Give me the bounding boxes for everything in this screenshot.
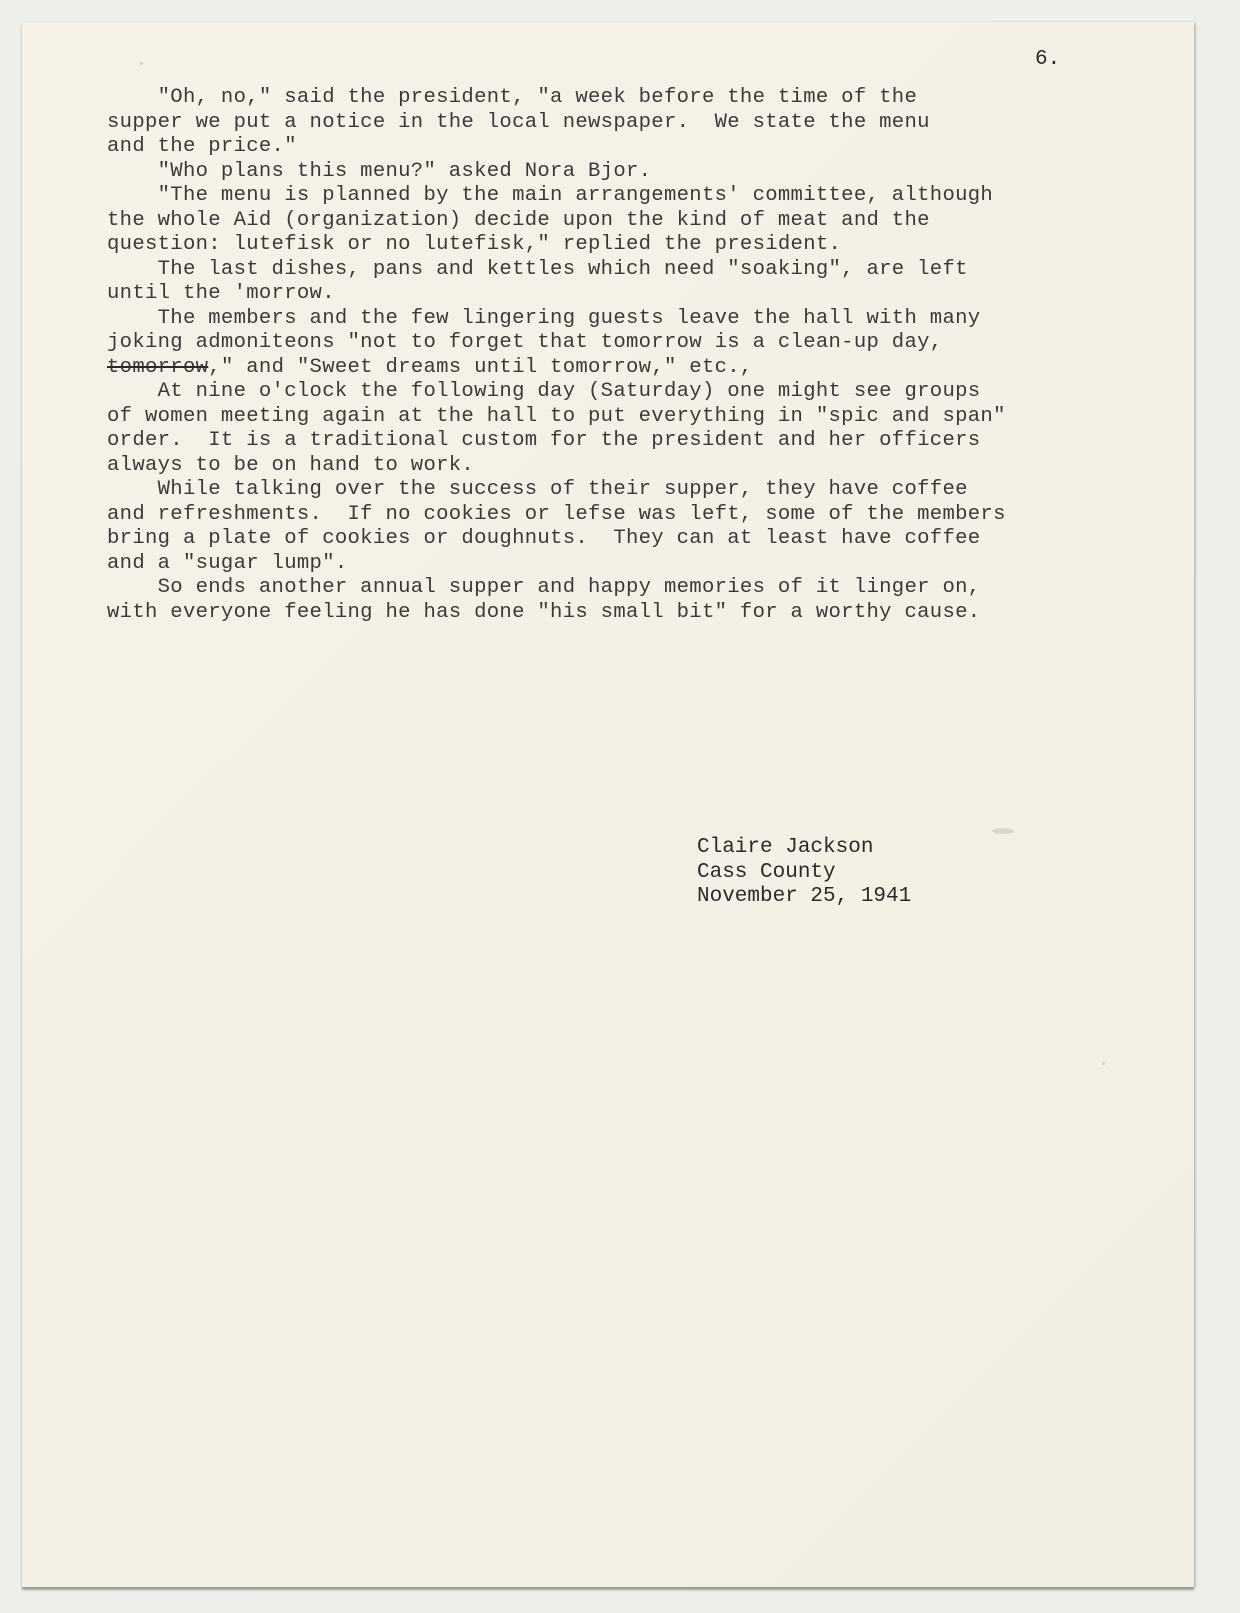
text-line: and refreshments. If no cookies or lefse… <box>107 503 1177 528</box>
text-line: and the price." <box>107 135 1177 160</box>
text-line: question: lutefisk or no lutefisk," repl… <box>107 233 1177 258</box>
author-county: Cass County <box>697 861 911 886</box>
document-date: November 25, 1941 <box>697 885 911 910</box>
text-line: and a "sugar lump". <box>107 552 1177 577</box>
struck-word: tomorrow <box>107 356 208 379</box>
text-line: bring a plate of cookies or doughnuts. T… <box>107 527 1177 552</box>
text-line: supper we put a notice in the local news… <box>107 111 1177 136</box>
text-line: At nine o'clock the following day (Satur… <box>107 380 1177 405</box>
text-line: joking admoniteons "not to forget that t… <box>107 331 1177 356</box>
text-line: tomorrow," and "Sweet dreams until tomor… <box>107 356 1177 381</box>
text-line: The members and the few lingering guests… <box>107 307 1177 332</box>
text-line: order. It is a traditional custom for th… <box>107 429 1177 454</box>
paper-speck <box>1102 1062 1105 1065</box>
text-line: "Who plans this menu?" asked Nora Bjor. <box>107 160 1177 185</box>
paper-speck <box>140 62 143 65</box>
author-name: Claire Jackson <box>697 836 911 861</box>
text-line: of women meeting again at the hall to pu… <box>107 405 1177 430</box>
text-line: While talking over the success of their … <box>107 478 1177 503</box>
text-line: So ends another annual supper and happy … <box>107 576 1177 601</box>
text-line: the whole Aid (organization) decide upon… <box>107 209 1177 234</box>
text-line: until the 'morrow. <box>107 282 1177 307</box>
text-line: with everyone feeling he has done "his s… <box>107 601 1177 626</box>
text-line: always to be on hand to work. <box>107 454 1177 479</box>
text-line: "The menu is planned by the main arrange… <box>107 184 1177 209</box>
document-body: "Oh, no," said the president, "a week be… <box>107 86 1177 625</box>
signature-block: Claire Jackson Cass County November 25, … <box>697 836 911 910</box>
text-line: "Oh, no," said the president, "a week be… <box>107 86 1177 111</box>
page-number: 6. <box>1035 48 1060 71</box>
text-line: The last dishes, pans and kettles which … <box>107 258 1177 283</box>
paper-smudge <box>992 828 1014 834</box>
